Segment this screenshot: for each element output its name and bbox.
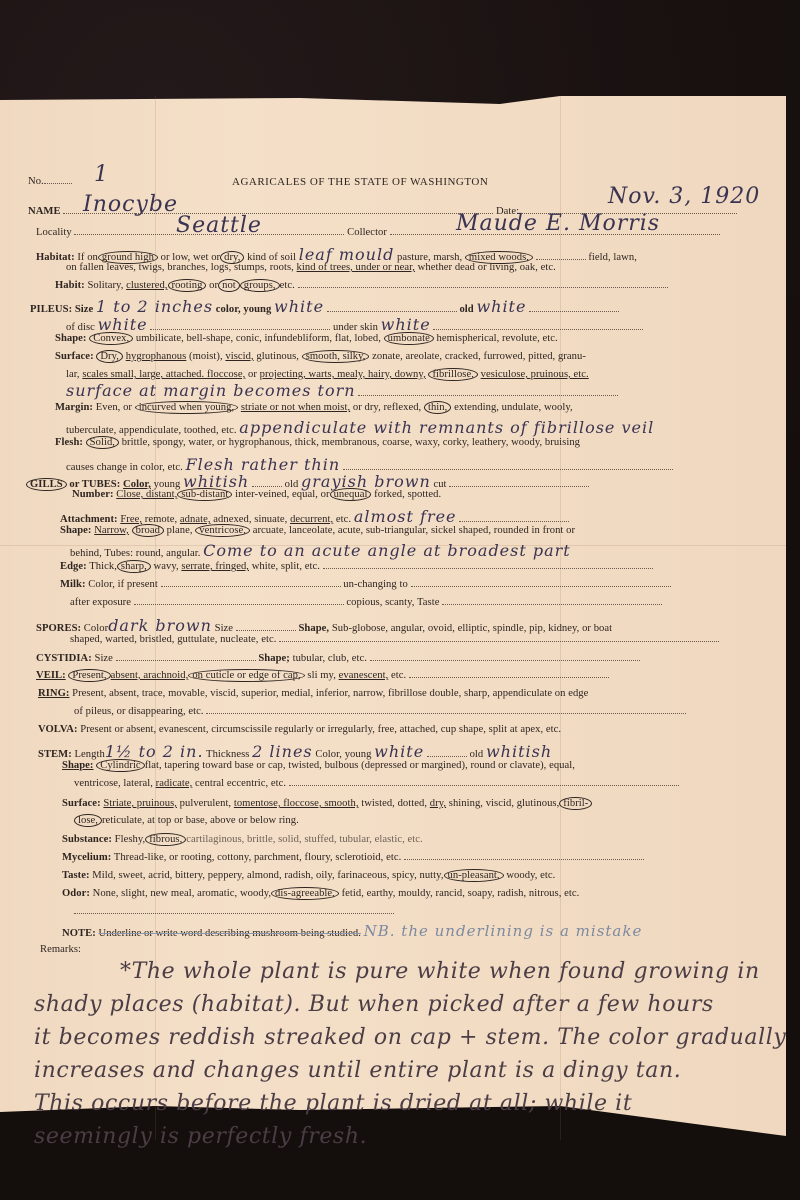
margin-text: tuberculate, appendiculate, toothed, etc… (66, 425, 237, 436)
taste-row: Taste: Mild, sweet, acrid, bittery, pepp… (62, 870, 555, 881)
attachment-label: Attachment: (60, 514, 118, 525)
underlined-option: tomentose, floccose, smooth, (234, 798, 359, 809)
veil-row: VEIL: Present,absent, arachnoid,on cutic… (36, 670, 609, 681)
margin-row: Margin: Even, or incurved when young, st… (55, 402, 573, 413)
margin-label: Margin: (55, 402, 93, 413)
spores-row-2: shaped, warted, bristled, guttulate, nuc… (70, 634, 719, 645)
surface-text: pulverulent, (180, 798, 232, 809)
surface-text: shining, viscid, glutinous, (449, 798, 560, 809)
name-label: NAME (28, 206, 61, 217)
no-field: No. 1 (28, 176, 72, 187)
date-value: Nov. 3, 1920 (608, 184, 760, 209)
milk-row: Milk: Color, if present un-changing to (60, 579, 671, 590)
circled-option: incurved when young, (135, 401, 238, 414)
gill-shape-row-2: behind, Tubes: round, angular. Come to a… (70, 541, 571, 560)
flesh-row: Flesh: Solid, brittle, spongy, water, or… (55, 437, 580, 448)
remarks-line: *The whole plant is pure white when foun… (94, 955, 784, 988)
underlined-option: radicate, (156, 778, 193, 789)
underlined-option: decurrent, (290, 514, 333, 525)
underlined-option: absent, arachnoid, (111, 670, 189, 681)
underlined-option: viscid, (225, 351, 253, 362)
edge-row: Edge: Thick,sharp, wavy, serrate, fringe… (60, 561, 653, 572)
circled-option: Dry, (96, 350, 123, 363)
surface-text: or (248, 369, 257, 380)
surface-text: lar, (66, 369, 80, 380)
stem-surface-row-2: lose,reticulate, at top or base, above o… (74, 815, 299, 826)
remarks-label: Remarks: (40, 944, 81, 955)
spores-label: SPORES: (36, 623, 81, 634)
ring-text: Present, absent, trace, movable, viscid,… (72, 688, 588, 699)
circled-option: sub-distant (177, 488, 232, 501)
edge-text: Thick, (89, 561, 117, 572)
underlined-option: Close, distant, (116, 489, 177, 500)
odor-row: Odor: None, slight, new meal, aromatic, … (62, 888, 579, 899)
shape-label: Shape: (62, 760, 94, 771)
habitat-text: whether dead or living, oak, etc. (418, 262, 556, 273)
name-value: Inocybe (83, 192, 178, 217)
volva-row: VOLVA: Present or absent, evanescent, ci… (38, 724, 561, 735)
stem-surface-row: Surface: Striate, pruinous, pulverulent,… (62, 798, 592, 809)
shape-text: ventricose, lateral, (74, 778, 153, 789)
stem-color-value: white (374, 742, 424, 761)
ring-row-2: of pileus, or disappearing, etc. (74, 706, 686, 717)
shape-text: umbilicate, bell-shape, conic, infundebl… (136, 333, 381, 344)
odor-dots (74, 906, 394, 917)
size-label: Size (75, 304, 93, 315)
taste-text: Mild, sweet, acrid, bittery, peppery, al… (92, 870, 443, 881)
spores-color-value: dark brown (108, 616, 212, 635)
underlined-option: serrate, fringed, (181, 561, 249, 572)
number-row: Number: Close, distant,sub-distant inter… (72, 489, 441, 500)
pencil-note: NB. the underlining is a mistake (364, 922, 643, 940)
size-label: Size (215, 623, 233, 634)
surface-text: zonate, areolate, cracked, furrowed, pit… (372, 351, 586, 362)
shape-text: hemispherical, revolute, etc. (437, 333, 558, 344)
underlined-option: projecting, warts, mealy, hairy, downy, (260, 369, 426, 380)
size-label: Size (95, 653, 113, 664)
underlined-option: hygrophanous (126, 351, 187, 362)
odor-label: Odor: (62, 888, 90, 899)
circled-option: lose, (74, 814, 102, 827)
disc-value: white (98, 315, 148, 334)
gill-shape-note: Come to an acute angle at broadest part (203, 541, 571, 560)
circled-option: rooting (168, 279, 207, 292)
stem-shape-row: Shape: Cylindricflat, tapering toward ba… (62, 760, 575, 771)
remarks-line: This occurs before the plant is dried at… (34, 1087, 784, 1120)
shape-label: Shape: (55, 333, 87, 344)
pileus-label: PILEUS: (30, 304, 72, 315)
attachment-value: almost free (354, 507, 457, 526)
pileus-old-value: white (476, 297, 526, 316)
habit-row: Habit: Solitary, clustered,rooting ornot… (55, 280, 668, 291)
circled-option: groups, (240, 279, 280, 292)
stem-thickness-value: 2 lines (252, 742, 312, 761)
circled-option: Present, (68, 669, 110, 682)
underlined-option: adnate, (180, 514, 211, 525)
milk-text: un-changing to (343, 579, 408, 590)
remarks-line: shady places (habitat). But when picked … (34, 988, 784, 1021)
circled-option: thin, (424, 401, 451, 414)
circled-option: Solid, (86, 436, 119, 449)
habit-label: Habit: (55, 280, 85, 291)
under-skin-label: under skin (333, 322, 378, 333)
surface-note: surface at margin becomes torn (66, 381, 356, 400)
old-label: old (459, 304, 473, 315)
remarks-handwriting: *The whole plant is pure white when foun… (94, 955, 784, 1153)
milk-row-2: after exposure copious, scanty, Taste (70, 597, 662, 608)
disc-row: of disc white under skin white (66, 315, 643, 334)
color-label: Color (84, 623, 108, 634)
no-label: No. (28, 176, 44, 187)
disc-label: of disc (66, 322, 95, 333)
spores-row: SPORES: Colordark brown Size Shape, Sub-… (36, 616, 612, 635)
number-text: inter-veined, equal, or (235, 489, 329, 500)
spores-text: Sub-globose, angular, ovoid, elliptic, s… (332, 623, 612, 634)
shape-text: plane, (167, 525, 193, 536)
pileus-color-young-value: white (274, 297, 324, 316)
habit-text: Solitary, (87, 280, 123, 291)
surface-text: twisted, dotted, (361, 798, 427, 809)
cystidia-text: tubular, club, etc. (293, 653, 367, 664)
milk-text: copious, scanty, Taste (346, 597, 439, 608)
attachment-row: Attachment: Free, remote, adnate, adnexe… (60, 507, 569, 526)
circled-option: Convex, (89, 332, 133, 345)
circled-option: fibrillose, (428, 368, 477, 381)
stem-old-value: whitish (486, 742, 552, 761)
mycelium-row: Mycelium: Thread-like, or rooting, cotto… (62, 852, 644, 863)
remarks-line: seemingly is perfectly fresh. (34, 1120, 784, 1153)
underlined-option: evanescent, (339, 670, 389, 681)
milk-label: Milk: (60, 579, 86, 590)
cystidia-row: CYSTIDIA: Size Shape; tubular, club, etc… (36, 653, 640, 664)
circled-option: Cylindric (96, 759, 144, 772)
shape-text: behind, Tubes: round, angular. (70, 548, 200, 559)
circled-option: not (218, 279, 240, 292)
shape-label: Shape: (60, 525, 92, 536)
shape-text: flat, tapering toward base or cap, twist… (145, 760, 575, 771)
form-title: AGARICALES OF THE STATE OF WASHINGTON (232, 176, 488, 188)
gill-shape-row: Shape: Narrow, broad plane, ventricose, … (60, 525, 575, 536)
margin-text: or dry, reflexed, (353, 402, 421, 413)
circled-option: broad (132, 524, 164, 537)
edge-label: Edge: (60, 561, 87, 572)
veil-text: etc. (391, 670, 406, 681)
shape-text: central eccentric, etc. (195, 778, 286, 789)
shape-text: arcuate, lanceolate, acute, sub-triangul… (253, 525, 575, 536)
locality-label: Locality (36, 227, 72, 238)
surface-label: Surface: (55, 351, 94, 362)
flesh-text: brittle, spongy, water, or hygrophanous,… (122, 437, 580, 448)
circled-option: on cuticle or edge of cap, (188, 669, 304, 682)
volva-label: VOLVA: (38, 724, 78, 735)
length-label: Length (75, 749, 105, 760)
stem-shape-row-2: ventricose, lateral, radicate, central e… (74, 778, 679, 789)
collector-value: Maude E. Morris (456, 211, 660, 236)
cystidia-label: CYSTIDIA: (36, 653, 92, 664)
underlined-option: scales small, large, attached. floccose, (82, 369, 245, 380)
old-label: old (470, 749, 484, 760)
habitat-row-2: on fallen leaves, twigs, branches, logs,… (66, 262, 556, 273)
flesh-label: Flesh: (55, 437, 83, 448)
habitat-text: field, lawn, (588, 252, 637, 263)
gills-label: GILLS (26, 478, 67, 491)
veil-label: VEIL: (36, 670, 66, 681)
underlined-option: vesiculose, pruinous, etc. (481, 369, 589, 380)
note-row: NOTE: Underline or write word describing… (62, 922, 642, 940)
surface-row: Surface: Dry, hygrophanous (moist), visc… (55, 351, 586, 362)
ring-text: of pileus, or disappearing, etc. (74, 706, 204, 717)
taste-label: Taste: (62, 870, 90, 881)
milk-text: Color, if present (88, 579, 158, 590)
circled-option: ventricose, (195, 524, 250, 537)
pileus-size-value: 1 to 2 inches (96, 297, 213, 316)
substance-text: cartilaginous, brittle, solid, stuffed, … (186, 834, 422, 845)
margin-text: Even, or (96, 402, 132, 413)
number-text: forked, spotted. (374, 489, 441, 500)
ring-label: RING: (38, 688, 69, 699)
locality-value: Seattle (176, 213, 262, 238)
collector-label: Collector (347, 227, 387, 238)
remarks-line: increases and changes until entire plant… (34, 1054, 784, 1087)
mycelium-text: Thread-like, or rooting, cottony, parchm… (114, 852, 401, 863)
margin-text: extending, undulate, wooly, (454, 402, 573, 413)
underlined-option: Narrow, (94, 525, 129, 536)
circled-option: dis-agreeable, (271, 887, 339, 900)
volva-text: Present or absent, evanescent, circumsci… (80, 724, 561, 735)
circled-option: smooth, silky, (302, 350, 370, 363)
shape-label: Shape; (258, 653, 290, 664)
habit-text: etc. (280, 280, 295, 291)
shape-label: Shape, (298, 623, 329, 634)
surface-text: reticulate, at top or base, above or bel… (102, 815, 299, 826)
underlined-option: clustered, (126, 280, 167, 291)
surface-text: glutinous, (256, 351, 299, 362)
taste-text: woody, etc. (506, 870, 555, 881)
habitat-text: on fallen leaves, twigs, branches, logs,… (66, 262, 294, 273)
spores-text: shaped, warted, bristled, guttulate, nuc… (70, 634, 276, 645)
mycelium-label: Mycelium: (62, 852, 111, 863)
circled-option: umbonate (384, 332, 434, 345)
margin-note: appendiculate with remnants of fibrillos… (239, 418, 654, 437)
ring-row: RING: Present, absent, trace, movable, v… (38, 688, 588, 699)
number-label: Number: (72, 489, 114, 500)
color-young-label: color, young (216, 304, 272, 315)
surface-row-2: lar, scales small, large, attached. floc… (66, 369, 589, 380)
veil-text: sli my, (307, 670, 336, 681)
substance-label: Substance: (62, 834, 112, 845)
thickness-label: Thickness (206, 749, 249, 760)
circled-option: unequal (330, 488, 372, 501)
milk-text: after exposure (70, 597, 131, 608)
pileus-row: PILEUS: Size 1 to 2 inches color, young … (30, 297, 619, 316)
surface-label: Surface: (62, 798, 101, 809)
odor-text: fetid, earthy, mouldy, rancid, soapy, ra… (342, 888, 580, 899)
habit-text: or (209, 280, 218, 291)
no-value: 1 (94, 162, 109, 187)
odor-text: None, slight, new meal, aromatic, woody, (93, 888, 271, 899)
locality-field: Locality Collector Seattle Maude E. Morr… (36, 227, 720, 238)
edge-text: white, split, etc. (252, 561, 320, 572)
shape-row: Shape: Convex, umbilicate, bell-shape, c… (55, 333, 558, 344)
circled-option: un-pleasant, (444, 869, 504, 882)
margin-row-2: tuberculate, appendiculate, toothed, etc… (66, 418, 654, 437)
underlined-option: striate or not when moist, (241, 402, 350, 413)
underlined-option: Striate, pruinous, (103, 798, 177, 809)
circled-option: sharp, (117, 560, 151, 573)
surface-text: (moist), (189, 351, 223, 362)
substance-text: Fleshy, (115, 834, 146, 845)
circled-option: fibrous, (145, 833, 186, 846)
edge-text: wavy, (154, 561, 179, 572)
surface-note-row: surface at margin becomes torn (66, 381, 618, 400)
attachment-text: etc. (336, 514, 351, 525)
remarks-line: it becomes reddish streaked on cap + ste… (34, 1021, 784, 1054)
stem-label: STEM: (38, 749, 72, 760)
note-label: NOTE: (62, 928, 96, 939)
underlined-option: dry, (430, 798, 446, 809)
substance-row: Substance: Fleshy,fibrous,cartilaginous,… (62, 834, 423, 845)
underlined-option: kind of trees, under or near, (297, 262, 415, 273)
underlined-option: Free, (120, 514, 142, 525)
color-young-label: Color, young (315, 749, 371, 760)
circled-option: fibril- (559, 797, 592, 810)
note-text: Underline or write word describing mushr… (99, 928, 361, 939)
